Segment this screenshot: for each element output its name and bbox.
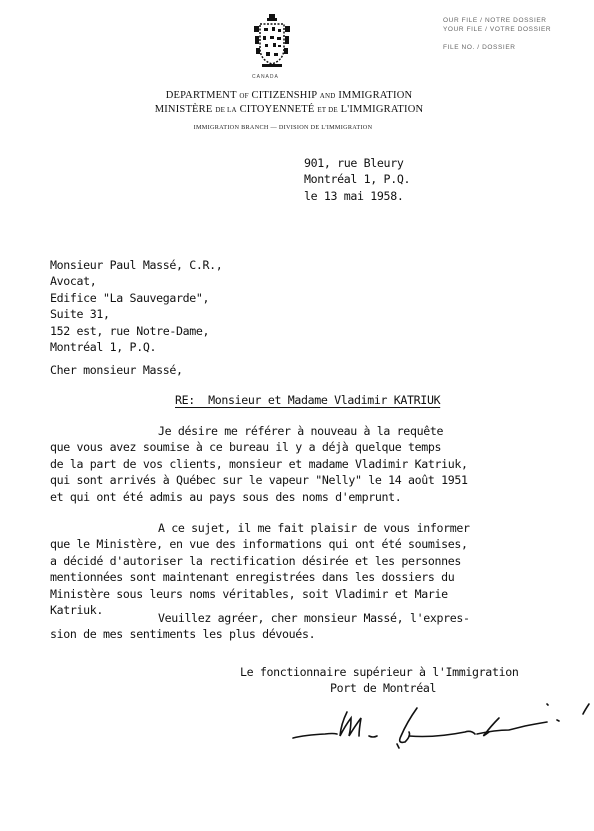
file-reference: OUR FILE / NOTRE DOSSIERYOUR FILE / VOTR…	[443, 16, 551, 52]
branch-name: IMMIGRATION BRANCH — DIVISION DE L'IMMIG…	[0, 124, 580, 131]
paragraph-1: Je désire me référer à nouveau à la requ…	[50, 423, 468, 505]
paragraph-line: Veuillez agréer, cher monsieur Massé, l'…	[158, 611, 470, 625]
file-reference-line: YOUR FILE / VOTRE DOSSIER	[443, 25, 551, 34]
letter-page: CANADA OUR FILE / NOTRE DOSSIERYOUR FILE…	[0, 0, 594, 831]
file-reference-line: FILE NO. / DOSSIER	[443, 43, 551, 52]
address-line: Edifice "La Sauvegarde",	[50, 290, 222, 306]
subject-line: RE: Monsieur et Madame Vladimir KATRIUK	[175, 392, 440, 408]
paragraph-line: et qui ont été admis au pays sous des no…	[50, 489, 468, 505]
dept-word: CITOYENNETÉ	[240, 104, 315, 115]
file-reference-line: OUR FILE / NOTRE DOSSIER	[443, 16, 551, 25]
paragraph-2: A ce sujet, il me fait plaisir de vous i…	[50, 520, 470, 618]
crest-label: CANADA	[252, 74, 279, 80]
address-line: 901, rue Bleury	[304, 155, 410, 171]
dept-word: L'IMMIGRATION	[341, 104, 424, 115]
dept-word: MINISTÈRE	[155, 104, 213, 115]
address-line: Suite 31,	[50, 306, 222, 322]
dept-word: AND	[320, 92, 336, 100]
dept-word: IMMIGRATION	[338, 90, 412, 101]
paragraph-line: Je désire me référer à nouveau à la requ…	[158, 424, 443, 438]
dept-word: DE LA	[215, 106, 236, 114]
sender-address: 901, rue BleuryMontréal 1, P.Q.le 13 mai…	[304, 155, 410, 204]
address-line: Montréal 1, P.Q.	[50, 339, 222, 355]
paragraph-line: de la part de vos clients, monsieur et m…	[50, 456, 468, 472]
address-line: Avocat,	[50, 273, 222, 289]
dept-word: DEPARTMENT	[166, 90, 237, 101]
salutation: Cher monsieur Massé,	[50, 362, 183, 378]
paragraph-line: A ce sujet, il me fait plaisir de vous i…	[158, 521, 470, 535]
paragraph-line: Ministère sous leurs noms véritables, so…	[50, 586, 470, 602]
paragraph-line: sion de mes sentiments les plus dévoués.	[50, 626, 470, 642]
paragraph-line: mentionnées sont maintenant enregistrées…	[50, 569, 470, 585]
department-name-english: DEPARTMENT OF CITIZENSHIP AND IMMIGRATIO…	[0, 90, 586, 101]
paragraph-line: que le Ministère, en vue des information…	[50, 536, 470, 552]
date-line: le 13 mai 1958.	[304, 188, 410, 204]
closing-place: Port de Montréal	[330, 680, 436, 696]
dept-word: CITIZENSHIP	[252, 90, 317, 101]
recipient-address: Monsieur Paul Massé, C.R.,Avocat,Edifice…	[50, 257, 222, 355]
paragraph-3: Veuillez agréer, cher monsieur Massé, l'…	[50, 610, 470, 643]
paragraph-line: qui sont arrivés à Québec sur le vapeur …	[50, 472, 468, 488]
dept-word: OF	[239, 92, 248, 100]
address-line: Montréal 1, P.Q.	[304, 171, 410, 187]
paragraph-line: a décidé d'autoriser la rectification dé…	[50, 553, 470, 569]
coat-of-arms-icon	[252, 12, 292, 74]
dept-word: ET DE	[317, 106, 338, 114]
paragraph-line: que vous avez soumise à ce bureau il y a…	[50, 439, 468, 455]
department-name-french: MINISTÈRE DE LA CITOYENNETÉ ET DE L'IMMI…	[0, 104, 586, 115]
address-line: Monsieur Paul Massé, C.R.,	[50, 257, 222, 273]
address-line: 152 est, rue Notre-Dame,	[50, 323, 222, 339]
signature-icon	[285, 700, 594, 780]
closing-title: Le fonctionnaire supérieur à l'Immigrati…	[240, 664, 518, 680]
